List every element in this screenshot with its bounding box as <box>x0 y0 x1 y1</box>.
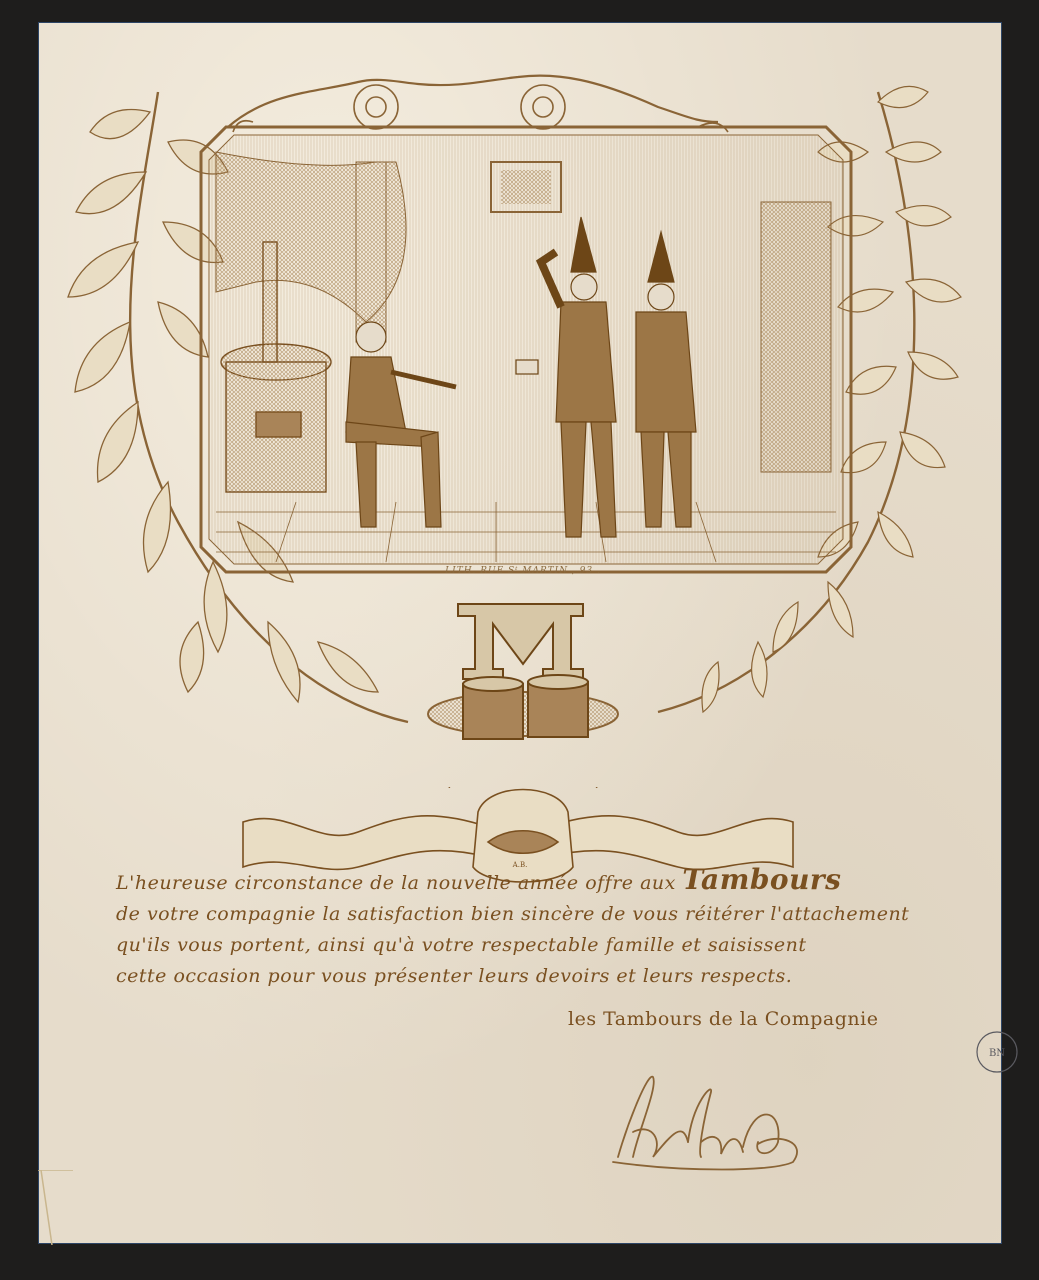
document-sheet: LITH. RUE Sᵗ MARTIN , 93 . A.B. L'heureu… <box>38 22 1002 1244</box>
letter-line: L'heureuse circonstance de la nouvelle a… <box>116 864 996 899</box>
letter-closing: les Tambours de la Compagnie <box>568 1008 878 1030</box>
svg-text:Lalande: Lalande <box>703 1169 707 1171</box>
letter-line: de votre compagnie la satisfaction bien … <box>116 899 996 930</box>
svg-text:BN: BN <box>989 1048 1005 1059</box>
scroll-crest-icon <box>228 76 718 127</box>
letter-body: L'heureuse circonstance de la nouvelle a… <box>116 864 996 992</box>
tambours-emphasis: Tambours <box>682 863 841 896</box>
monogram-m-on-drums <box>423 594 623 804</box>
letter-line: cette occasion pour vous présenter leurs… <box>116 961 996 992</box>
lithographer-imprint: LITH. RUE Sᵗ MARTIN , 93 . <box>358 566 688 576</box>
library-stamp-icon: BN <box>975 1030 1019 1074</box>
engraved-scene-illustration <box>196 122 856 577</box>
paper-crease-corner <box>38 1170 83 1245</box>
handwritten-signature: Lalande <box>593 1062 813 1172</box>
letter-line: qu'ils vous portent, ainsi qu'à votre re… <box>116 930 996 961</box>
